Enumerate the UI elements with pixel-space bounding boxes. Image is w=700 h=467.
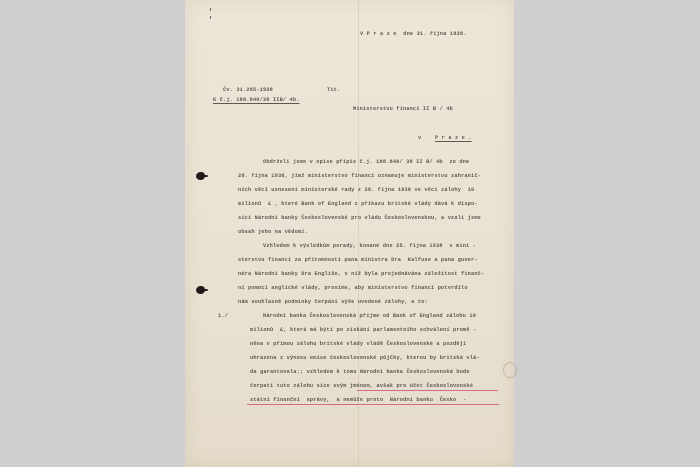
item-1-line: něna v přímou zálohu britské vlády vládě… xyxy=(250,341,466,347)
red-pencil-underline xyxy=(247,404,499,405)
recipient-place: P r a z e . xyxy=(435,135,472,141)
paragraph-1-line: ních věcí usnesení ministerské rady z 26… xyxy=(238,187,474,193)
paragraph-2-line: Vzhledem k výsledkům porady, konané dne … xyxy=(263,243,476,249)
reference-number: Čv. 31.265-1938 xyxy=(223,87,273,93)
date-line: V P r a z e dne 31. října 1938. xyxy=(360,31,467,37)
document-page: V P r a z e dne 31. října 1938. Čv. 31.2… xyxy=(185,0,514,467)
pencil-page-number-mark xyxy=(503,362,517,378)
item-number: 1./ xyxy=(218,313,228,319)
margin-mark xyxy=(210,16,211,19)
item-1-line-6-plain: čerpati tuto zálohu sice svým jménem, av… xyxy=(250,383,473,389)
red-pencil-underline xyxy=(357,390,498,391)
paragraph-1-line: obsah jeho na vědomí. xyxy=(238,229,308,235)
paragraph-2-line: néra Národní banky Dra Engliše, v níž by… xyxy=(238,271,484,277)
margin-mark xyxy=(210,8,211,11)
paragraph-1-line: 28. října 1938, jímž ministerstvo financ… xyxy=(238,173,481,179)
item-1-line: da garantovala:; vzhledem k tomu Národní… xyxy=(250,369,470,375)
ink-blot xyxy=(196,172,205,180)
item-1-line: Národní banka Československá příjme od B… xyxy=(263,313,476,319)
recipient-place-prefix: v xyxy=(418,135,421,141)
paragraph-1-line: sici Národní banky Československé pro vl… xyxy=(238,215,481,221)
item-1-line: uhrazena z výnosu emise československé p… xyxy=(250,355,480,361)
recipient-name: Ministerstvu financí II B / 4b xyxy=(353,106,453,112)
item-1-line-partly-red-underlined: čerpati tuto zálohu sice svým jménem, av… xyxy=(250,383,473,389)
salutation: Tit. xyxy=(327,87,340,93)
paragraph-2-line: sterstvu financí za přítomnosti pana min… xyxy=(238,257,478,263)
ink-blot xyxy=(196,286,205,294)
paragraph-1-line: Obdrželi jsme v opise přípis č.j. 188.84… xyxy=(263,159,469,165)
paragraph-2-line: nám souhlasně podmínky čerpání výše uved… xyxy=(238,299,428,305)
paragraph-1-line: milionů £ , které Bank of England z přík… xyxy=(238,201,478,207)
reference-file-number: K č.j. 188.840/38 IIB/ 4b. xyxy=(213,97,300,103)
item-1-line-red-underlined: státní finanční správy, a nemůže proto N… xyxy=(250,397,466,403)
item-1-line: milionů £, která má býti po získání parl… xyxy=(250,327,476,333)
paragraph-2-line: ní pomoci anglické vlády, prosíme, aby m… xyxy=(238,285,468,291)
